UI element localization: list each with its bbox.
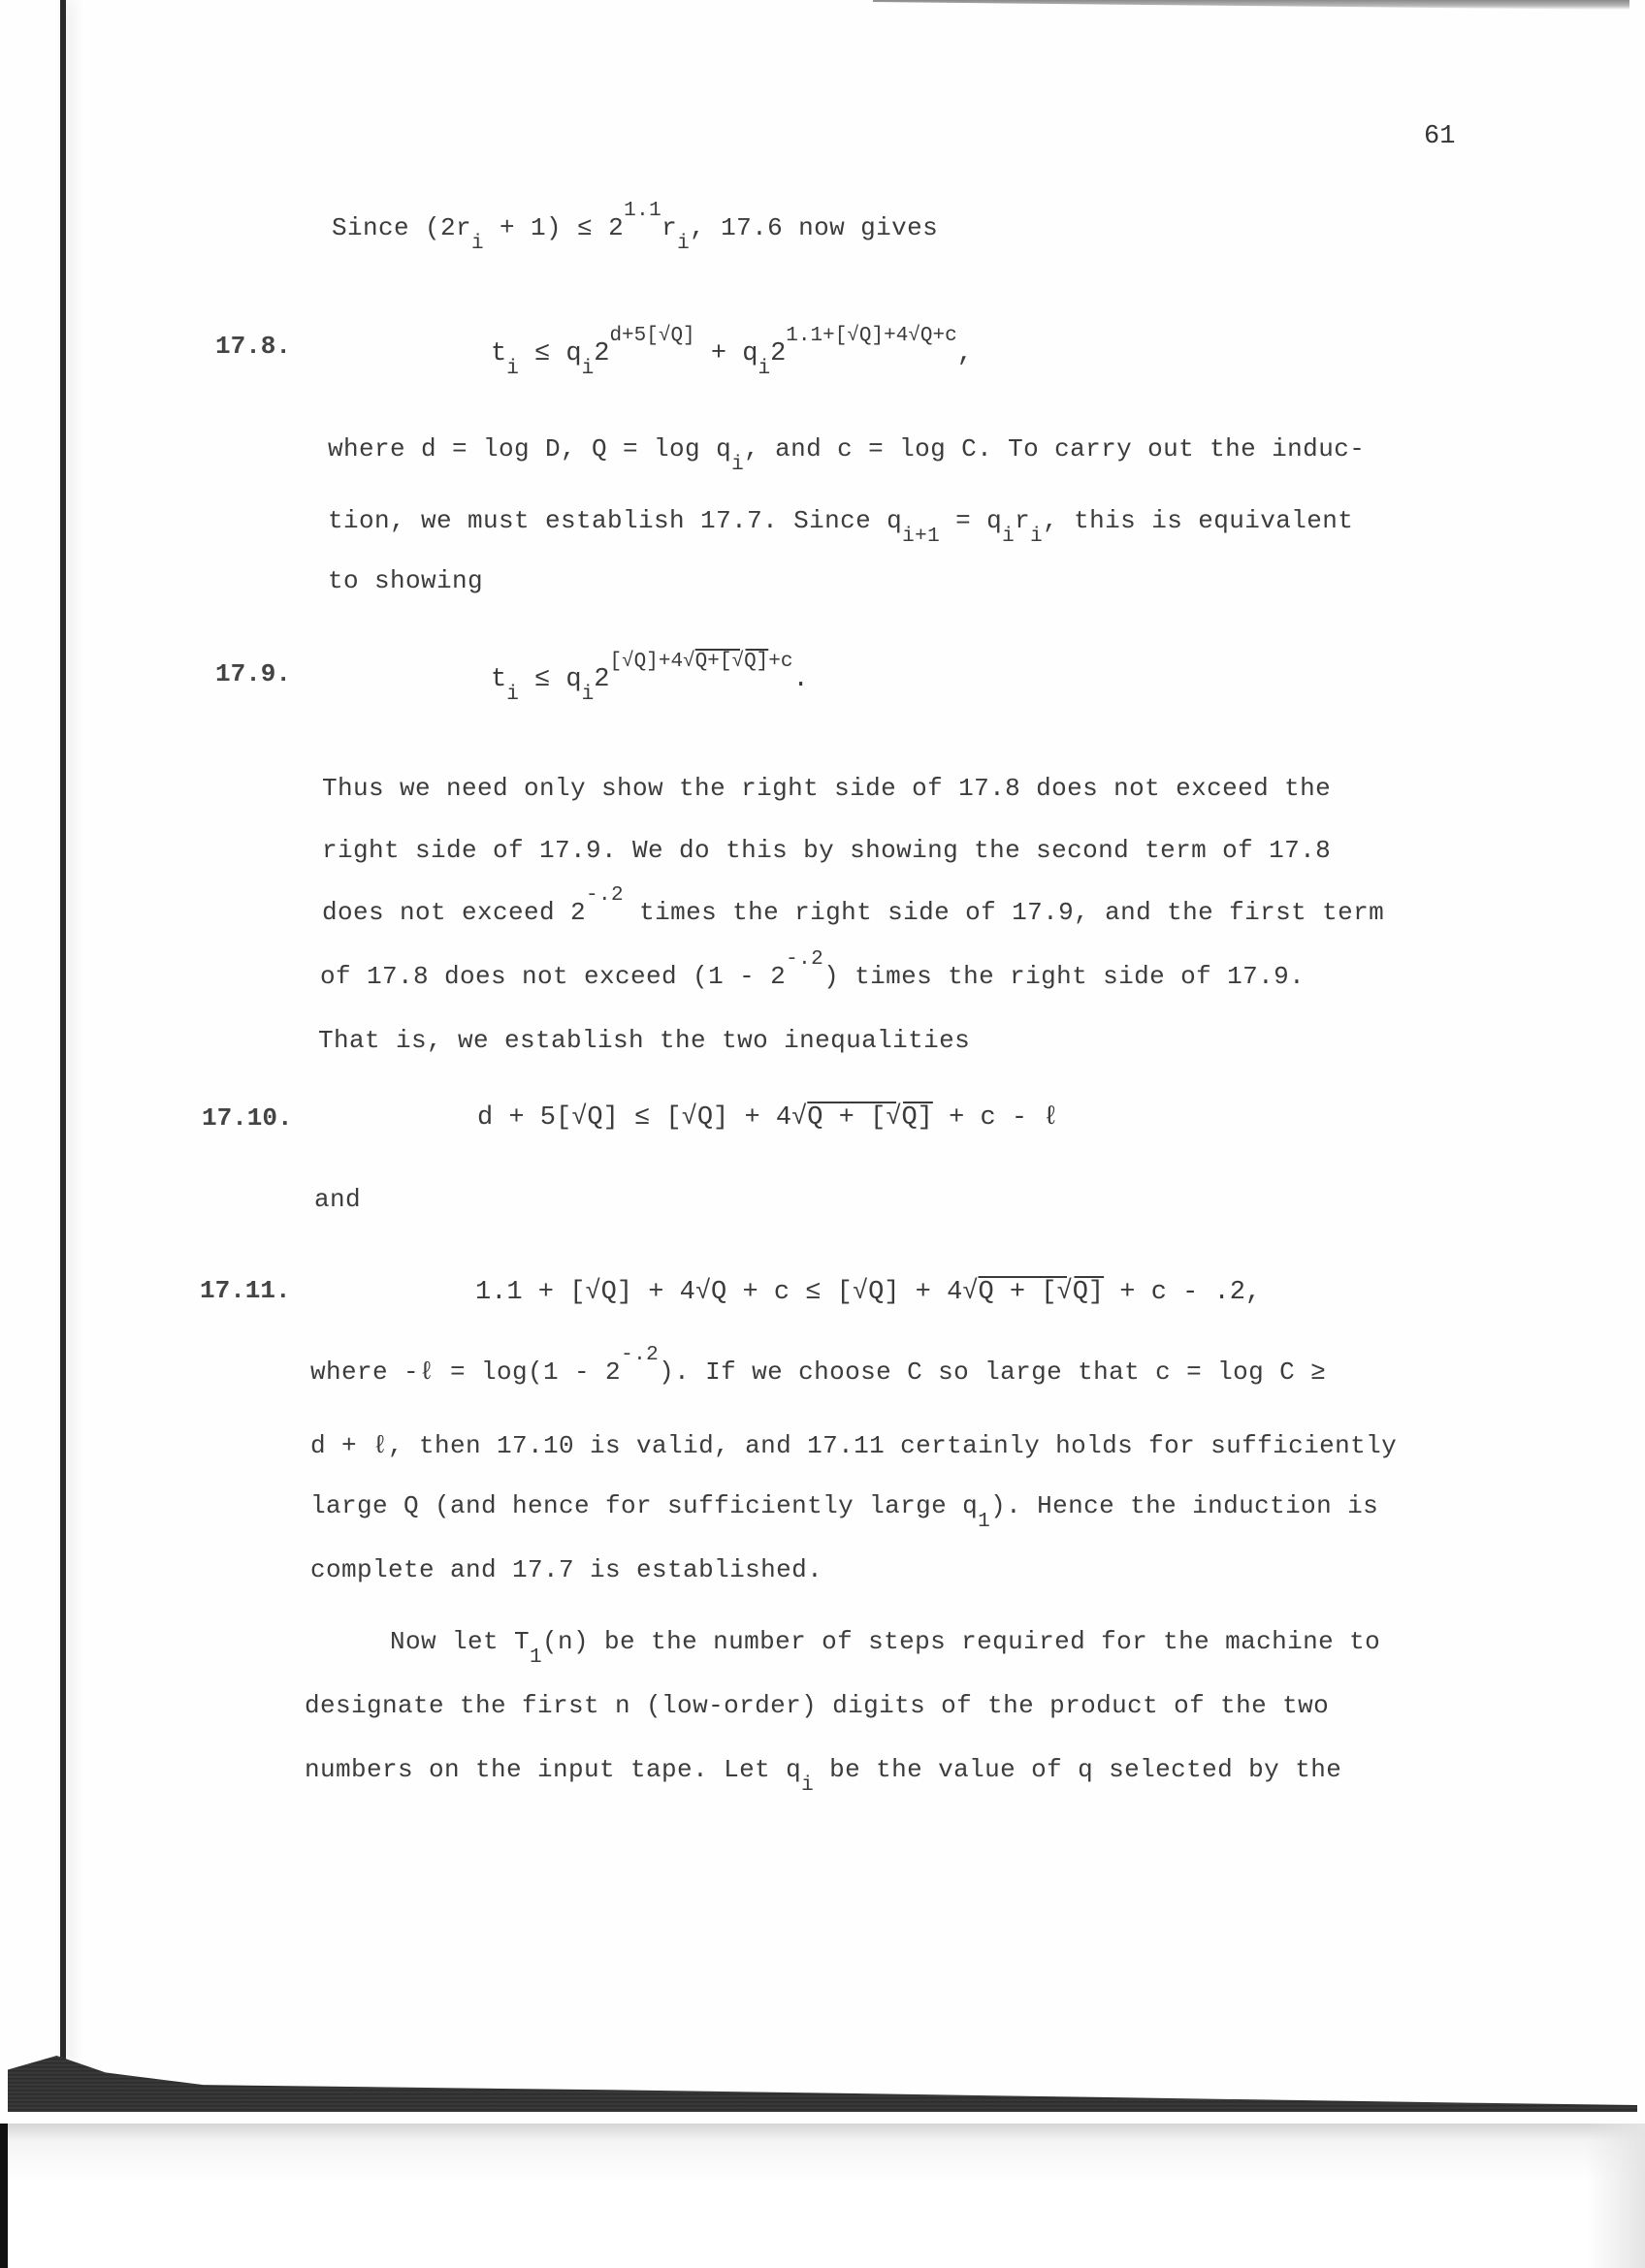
subscript: i	[677, 233, 690, 255]
subscript: i	[506, 358, 519, 380]
text-line: large Q (and hence for sufficiently larg…	[310, 1491, 1378, 1520]
equation-rhs: + c - ℓ	[933, 1103, 1059, 1133]
math-symbol: ≤ q	[519, 665, 582, 694]
subscript: i	[582, 358, 595, 380]
exponent: d+5[√Q]	[609, 325, 694, 347]
superscript: -.2	[621, 1344, 659, 1366]
subscript: i	[758, 358, 770, 380]
superscript: 1.1	[624, 200, 661, 222]
text-line: where d = log D, Q = log qi, and c = log…	[328, 434, 1365, 463]
text-segment: Now let T	[390, 1627, 530, 1656]
text-segment: = q	[940, 506, 1002, 535]
binding-edge-bottom	[8, 2056, 1637, 2112]
text-line: where -ℓ = log(1 - 2-.2). If we choose C…	[310, 1358, 1326, 1387]
text-line: That is, we establish the two inequaliti…	[318, 1026, 970, 1055]
text-line: numbers on the input tape. Let qi be the…	[305, 1755, 1341, 1784]
binding-edge-left	[60, 0, 66, 2065]
subscript: i	[1002, 526, 1015, 548]
text-line: tion, we must establish 17.7. Since qi+1…	[328, 506, 1353, 535]
math-symbol: t	[491, 339, 506, 368]
exponent-part: [√Q]+4√	[609, 651, 694, 673]
text-line: of 17.8 does not exceed (1 - 2-.2) times…	[320, 962, 1305, 991]
text-line-since: Since (2ri + 1) ≤ 21.1ri, 17.6 now gives	[332, 213, 938, 242]
math-symbol: t	[491, 665, 506, 694]
subscript: i	[801, 1774, 814, 1797]
radical-overline: Q+[√Q]	[695, 651, 769, 673]
equation-lhs: 1.1 + [√Q] + 4√Q + c ≤ [√Q] + 4√	[475, 1278, 978, 1307]
equation-17-8: ti ≤ qi2d+5[√Q] + qi21.1+[√Q]+4√Q+c,	[491, 339, 973, 368]
text-segment: be the value of q selected by the	[814, 1755, 1341, 1784]
text-line: Thus we need only show the right side of…	[322, 774, 1331, 803]
subscript: 1	[530, 1646, 542, 1669]
text-segment: ). Hence the induction is	[990, 1491, 1378, 1520]
text-segment: r	[661, 213, 677, 242]
text-segment: ). If we choose C so large that c = log …	[659, 1358, 1326, 1387]
text-segment: where -ℓ = log(1 - 2	[310, 1358, 621, 1387]
text-segment: where d = log D, Q = log q	[328, 434, 731, 463]
equation-label-17-8: 17.8.	[215, 332, 291, 361]
text-segment: + 1) ≤ 2	[484, 213, 624, 242]
scanner-edge-dark	[0, 2124, 8, 2268]
equation-17-10: d + 5[√Q] ≤ [√Q] + 4√Q + [√Q] + c - ℓ	[477, 1103, 1059, 1133]
subscript: i	[582, 684, 595, 706]
equation-lhs: d + 5[√Q] ≤ [√Q] + 4√	[477, 1103, 807, 1133]
exponent: 1.1+[√Q]+4√Q+c	[786, 325, 956, 347]
radical-overline: Q + [√Q]	[978, 1278, 1104, 1307]
math-symbol: 2	[594, 665, 609, 694]
equation-17-9: ti ≤ qi2[√Q]+4√Q+[√Q]+c.	[491, 665, 809, 694]
equation-label-17-10: 17.10.	[202, 1103, 293, 1133]
punctuation: ,	[957, 339, 973, 368]
text-segment: times the right side of 17.9, and the fi…	[624, 898, 1384, 927]
text-segment: Since (2r	[332, 213, 471, 242]
text-line: to showing	[328, 566, 483, 595]
text-line: d + ℓ, then 17.10 is valid, and 17.11 ce…	[310, 1431, 1397, 1460]
subscript: 1	[978, 1511, 990, 1533]
text-line: Now let T1(n) be the number of steps req…	[390, 1627, 1380, 1656]
page-number: 61	[1424, 122, 1455, 151]
radical-overline: Q + [√Q]	[807, 1103, 933, 1133]
text-segment: does not exceed 2	[322, 898, 586, 927]
punctuation: .	[793, 665, 809, 694]
scanner-shadow-right	[1587, 2124, 1645, 2268]
text-segment: tion, we must establish 17.7. Since q	[328, 506, 902, 535]
math-symbol: 2	[594, 339, 609, 368]
math-symbol: + q	[695, 339, 758, 368]
equation-17-11: 1.1 + [√Q] + 4√Q + c ≤ [√Q] + 4√Q + [√Q]…	[475, 1278, 1261, 1307]
text-segment: , this is equivalent	[1043, 506, 1353, 535]
subscript: i	[731, 454, 744, 476]
scanner-background	[0, 2124, 1645, 2268]
equation-label-17-9: 17.9.	[215, 659, 291, 688]
scanned-page: 61 Since (2ri + 1) ≤ 21.1ri, 17.6 now gi…	[0, 0, 1645, 2124]
text-segment: , 17.6 now gives	[690, 213, 938, 242]
equation-label-17-11: 17.11.	[200, 1276, 291, 1305]
text-segment: large Q (and hence for sufficiently larg…	[310, 1491, 978, 1520]
subscript: i	[471, 233, 484, 255]
scan-shadow-top	[873, 0, 1629, 10]
text-segment: , and c = log C. To carry out the induc-	[744, 434, 1365, 463]
text-segment: (n) be the number of steps required for …	[542, 1627, 1380, 1656]
text-line: complete and 17.7 is established.	[310, 1555, 822, 1584]
text-segment: r	[1015, 506, 1030, 535]
text-segment: of 17.8 does not exceed (1 - 2	[320, 962, 786, 991]
math-symbol: 2	[770, 339, 786, 368]
exponent-part: +c	[768, 651, 792, 673]
text-line-and: and	[314, 1185, 361, 1214]
text-line: designate the first n (low-order) digits…	[305, 1691, 1329, 1720]
text-segment: ) times the right side of 17.9.	[823, 962, 1305, 991]
text-segment: numbers on the input tape. Let q	[305, 1755, 801, 1784]
exponent: [√Q]+4√Q+[√Q]+c	[609, 651, 792, 673]
text-line: right side of 17.9. We do this by showin…	[322, 836, 1331, 865]
superscript: -.2	[786, 948, 823, 971]
equation-rhs: + c - .2,	[1104, 1278, 1261, 1307]
subscript: i	[506, 684, 519, 706]
math-symbol: ≤ q	[519, 339, 582, 368]
subscript: i	[1030, 526, 1043, 548]
text-line: does not exceed 2-.2 times the right sid…	[322, 898, 1384, 927]
superscript: -.2	[586, 884, 624, 907]
subscript: i+1	[902, 526, 940, 548]
